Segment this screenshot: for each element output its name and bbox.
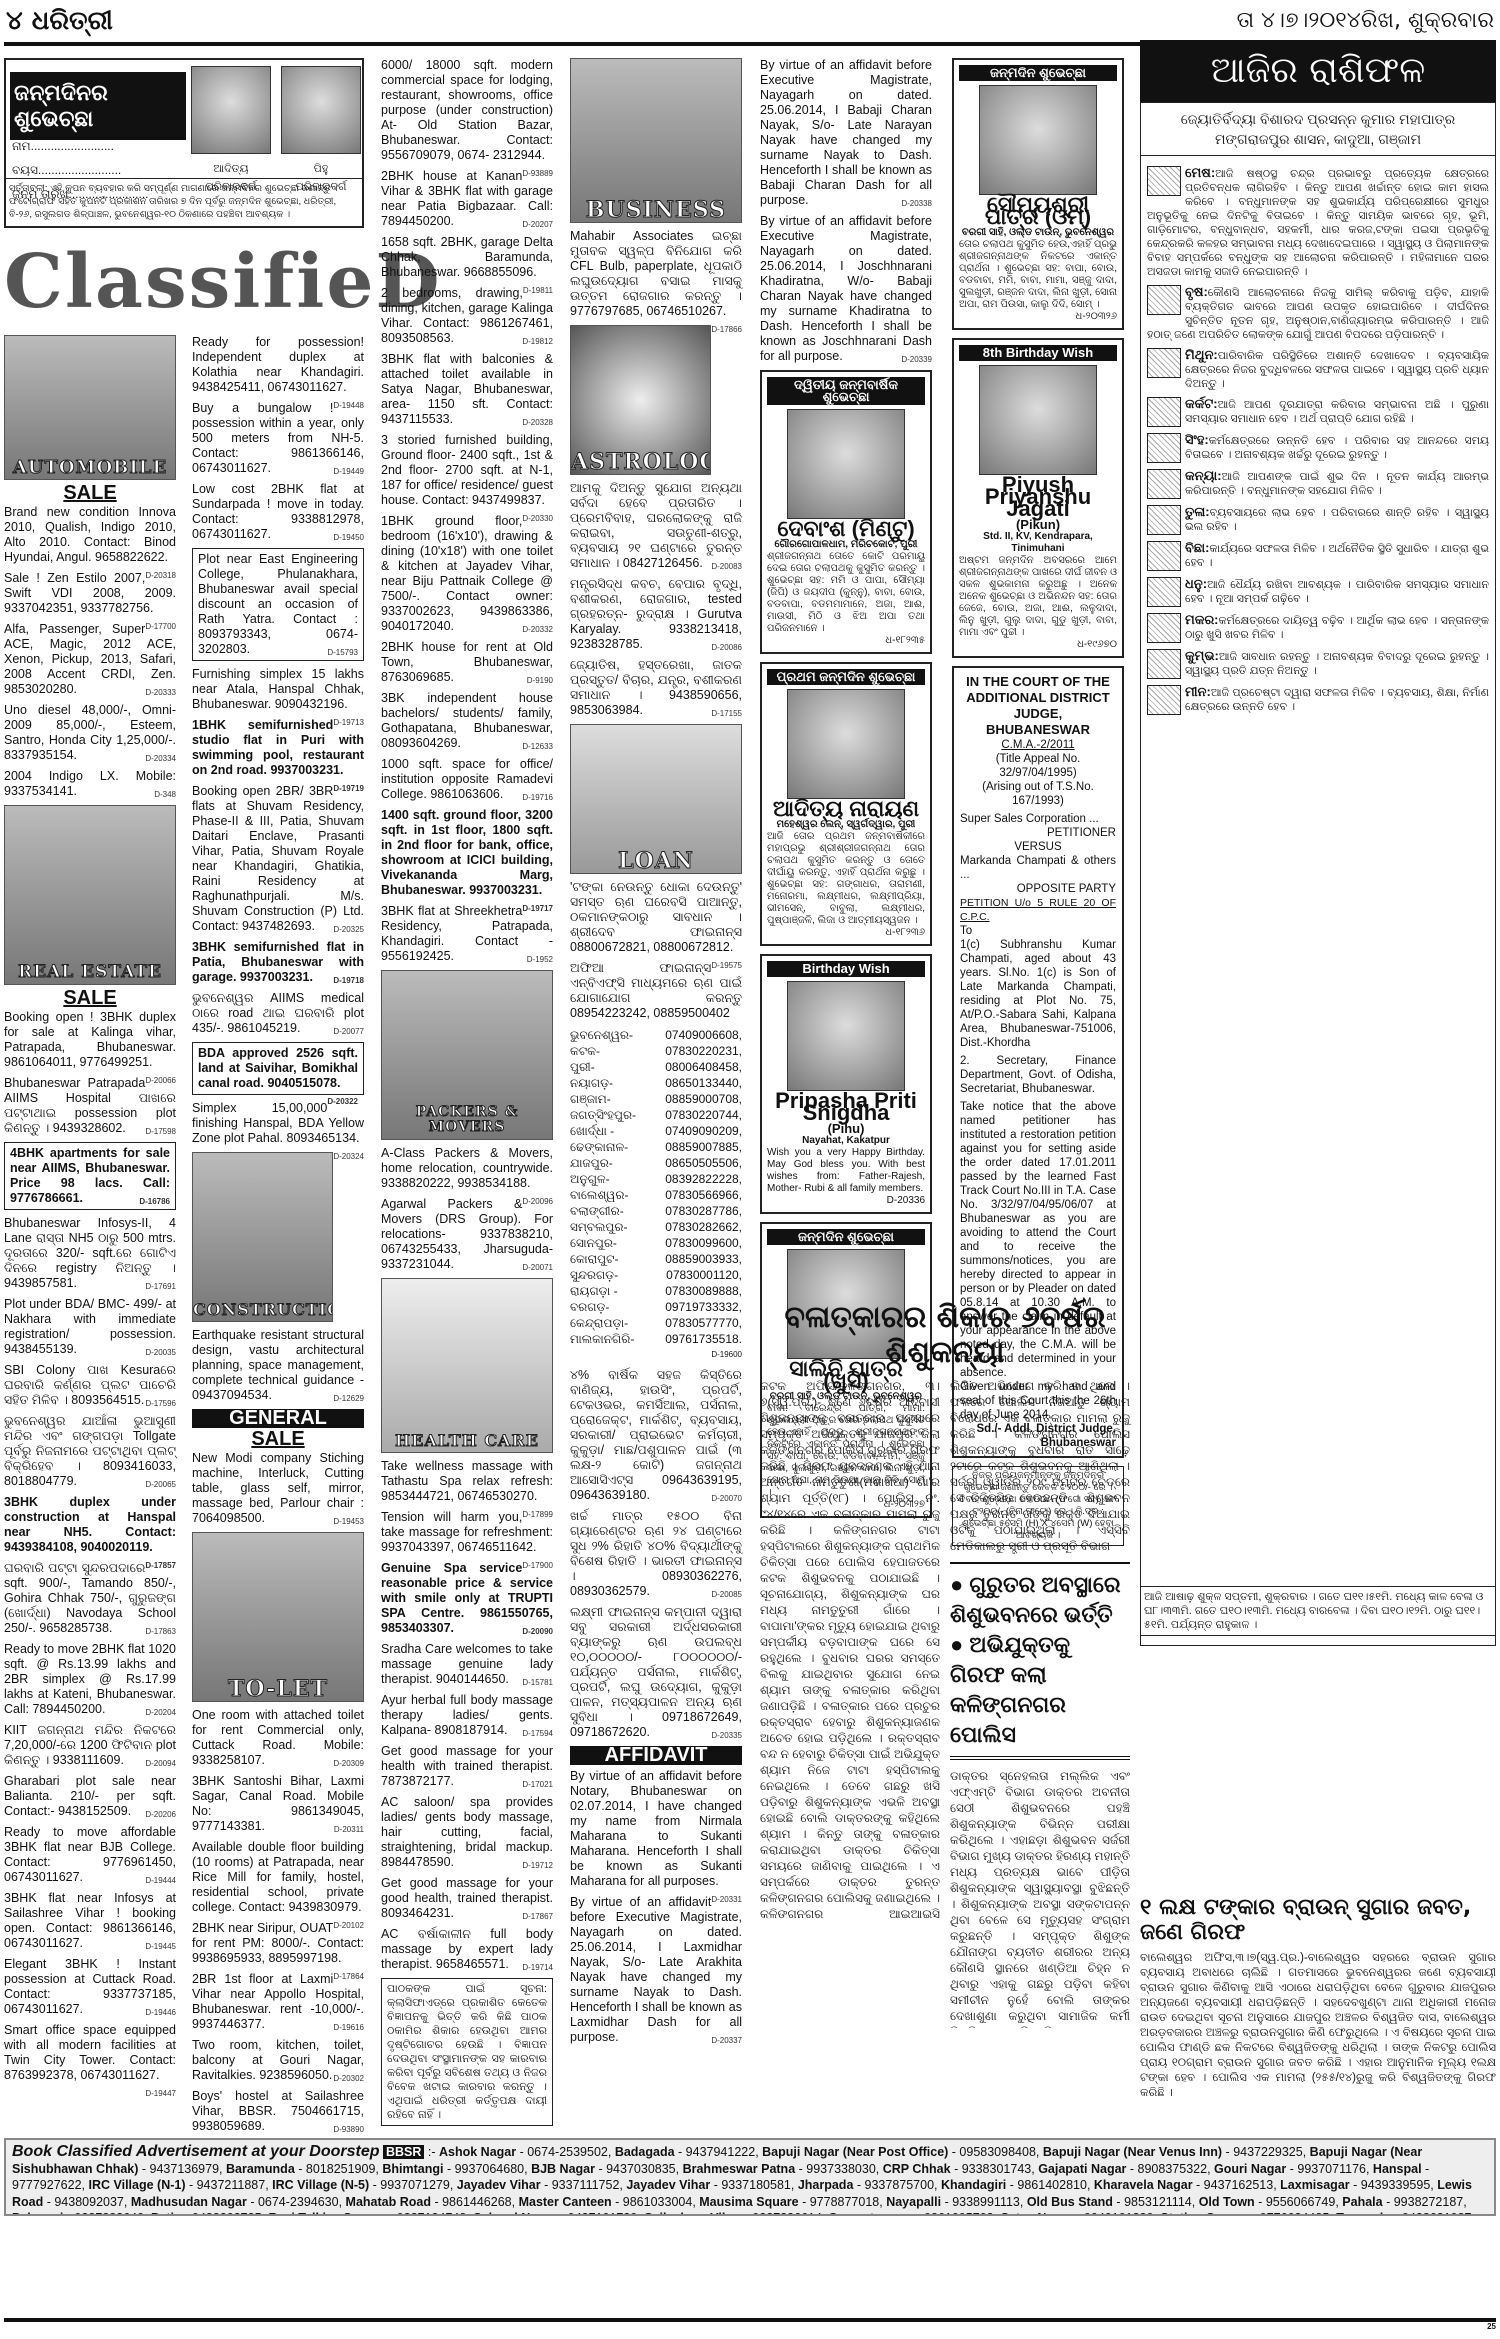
classified-ad: 3BHK duplex under construction at Hanspa…	[4, 1495, 176, 1555]
centre-phone: 0674-2539502	[527, 2145, 608, 2159]
ad-code: D-20070	[711, 1491, 742, 1506]
ad-code: D-20325	[333, 922, 364, 937]
district-name: ପୁରୀ-	[570, 1059, 595, 1075]
ad-code: D-20322	[327, 1094, 358, 1109]
ad-code: D-19712	[522, 1858, 553, 1873]
district-phone: 08859003933,	[665, 1251, 742, 1267]
zodiac-icon	[1147, 285, 1181, 315]
centre-name: Laxmisagar	[1280, 2178, 1349, 2192]
centre-phone: 9337124748	[397, 2211, 467, 2216]
centre-name: Badagada	[615, 2145, 675, 2159]
ad-code: D-17900	[522, 1558, 553, 1573]
packers-movers-label: PACKERS & MOVERS	[382, 1105, 552, 1135]
ad-text: 1658 sqft. 2BHK, garage Delta Chhak, Bar…	[381, 235, 553, 279]
page-number: 25	[1487, 2322, 1496, 2331]
loan-district-row: କେନ୍ଦ୍ରାପଡ଼ା-07830577770,	[570, 1315, 742, 1331]
ad-text: 1400 sqft. ground floor, 3200 sqft. in 1…	[381, 808, 553, 897]
zodiac-icon	[1147, 649, 1181, 679]
district-phone: 08859000708,	[665, 1091, 742, 1107]
zodiac-icon	[1147, 469, 1181, 499]
ad-code: D-19575	[711, 958, 742, 973]
centre-name: Jayadev Vihar	[457, 2178, 541, 2192]
news-article-2: ୧ ଲକ୍ଷ ଟଙ୍କାର ବ୍ରାଉନ୍ ସୁଗାର ଜବତ, ଜଣେ ଗିର…	[1140, 1895, 1496, 2101]
centre-phone: 9040101220	[1084, 2211, 1154, 2216]
news-bullet: ● ଗୁରୁତର ଅବସ୍ଥାରେ ଶିଶୁଭବନରେ ଭର୍ତ୍ତି	[950, 1570, 1130, 1630]
loan-label: LOAN	[571, 854, 741, 869]
classified-ad: 2BHK house for rent at Old Town, Bhubane…	[381, 640, 553, 685]
astrologer-info: ଜ୍ୟୋତିର୍ବିଦ୍ୟା ବିଶାରଦ ପ୍ରସନ୍ନ କୁମାର ମହାପ…	[1140, 102, 1496, 156]
classified-ad: 3BK independent house bachelors/ student…	[381, 691, 553, 751]
court-title: BHUBANESWAR	[960, 722, 1116, 738]
ad-code: D-20309	[333, 1756, 364, 1771]
news-bullets: ● ଗୁରୁତର ଅବସ୍ଥାରେ ଶିଶୁଭବନରେ ଭର୍ତ୍ତି ● ଅଭ…	[950, 1562, 1130, 1760]
loan-district-row: ଯାଜପୁର-08650505506,	[570, 1155, 742, 1171]
ad-text: Furnishing simplex 15 lakhs near Atala, …	[192, 667, 364, 711]
real-estate-banner: REAL ESTATE	[4, 805, 176, 985]
classified-ad: 1658 sqft. 2BHK, garage Delta Chhak, Bar…	[381, 235, 553, 280]
loan-district-row: ନୟାଗଡ଼-08650133440,	[570, 1075, 742, 1091]
loan-banner: LOAN	[570, 724, 742, 874]
opposite-party-label: OPPOSITE PARTY	[960, 882, 1116, 896]
wish-name: ସୌମ୍ୟଶ୍ରୀ ପାତ୍ର (ଓମ୍)	[959, 199, 1117, 223]
centre-name: Nayapalli	[886, 2195, 941, 2209]
birthday-wish-card: Birthday WishPripasha Priti Snigdha(Pihu…	[760, 954, 932, 1214]
centre-name: Mahatab Road	[346, 2195, 431, 2209]
ad-text: By virtue of an affidavit before Notary,…	[570, 1769, 742, 1888]
rashifal-title: ଆଜିର ରାଶିଫଳ	[1140, 40, 1496, 102]
news-headline: ବଳାତ୍କାରର ଶିକାର ୬ବର୍ଷର ଶିଶୁକନ୍ୟା	[760, 1300, 1130, 1370]
wish-code: ଧ-୧୮୨୩୫	[767, 635, 925, 647]
ad-text: Booking open ! 3BHK duplex for sale at K…	[4, 1010, 176, 1069]
loan-district-row: ଖୋର୍ଦ୍ଧା -07409090209,	[570, 1123, 742, 1139]
ad-code: D-1952	[527, 952, 553, 967]
centre-name: IRC Village (N-5)	[272, 2178, 369, 2192]
column-2: Ready for possession! Independent duplex…	[192, 335, 364, 2140]
loan-district-code: D-19600	[570, 1347, 742, 1362]
packers-movers-banner: PACKERS & MOVERS	[381, 970, 553, 1140]
loan-district-row: ରାୟଗଡ଼ା -07830089888,	[570, 1283, 742, 1299]
centre-phone: 9776624485	[1260, 2211, 1330, 2216]
rashi-name: ସିଂହ:	[1185, 432, 1209, 447]
classified-ad: Furnishing simplex 15 lakhs near Atala, …	[192, 667, 364, 712]
ad-code: D-20204	[145, 1705, 176, 1720]
centre-name: Baramunda	[226, 2162, 295, 2176]
ad-code: D-20094	[145, 1756, 176, 1771]
district-phone: 07830566966,	[665, 1187, 742, 1203]
ad-code: D-20083	[711, 559, 742, 574]
loan-district-row: ପୁରୀ-08006408458,	[570, 1059, 742, 1075]
construction-banner: CONSTRUCTION	[192, 1152, 333, 1322]
centre-phone: 9556066749	[1266, 2195, 1336, 2209]
rashi-item: କର୍କଟ:ଆଜି ଆପଣ ଦୂରଯାତ୍ରା କରିବାର ସମ୍ଭାବନା …	[1147, 397, 1489, 427]
classified-ad: Take wellness massage with Tathastu Spa …	[381, 1459, 553, 1504]
classified-ad: ଜ୍ୟୋତିଷ, ହସ୍ତରେଖା, ଜାତକ ପ୍ରସ୍ତୁତ/ ବିଚାର,…	[570, 658, 742, 718]
centre-phone: 9337180581	[721, 2178, 791, 2192]
wish-message: ଆଜି ତୋର ପ୍ରଥମ ଜନ୍ମବାର୍ଷିକୀରେ ମହାପ୍ରଭୁ ଶ୍…	[767, 831, 925, 927]
classified-ad: Mahabir Associates ଇଚ୍ଛା ମୁତାବକ ସ୍ୱଳ୍ପ ବ…	[570, 229, 742, 319]
centre-phone: 9438621987	[1402, 2211, 1472, 2216]
classified-ad: 4BHK apartments for sale near AIIMS, Bhu…	[4, 1142, 176, 1210]
ad-code: D-17596	[145, 1396, 176, 1411]
centre-name: Old Town	[1199, 2195, 1255, 2209]
zodiac-icon	[1147, 505, 1181, 535]
rashi-name: ମିଥୁନ:	[1185, 347, 1218, 362]
classified-ad: 3BHK flat with balconies & attached toil…	[381, 352, 553, 427]
classified-ad: Uno diesel 48,000/-, Omni- 2009 85,000/-…	[4, 703, 176, 763]
classified-ad: Get good massage for your health with tr…	[381, 1744, 553, 1789]
general-heading: GENERAL	[192, 1409, 364, 1428]
ad-code: D-20339	[901, 352, 932, 367]
rashi-name: ବିଛା:	[1185, 540, 1209, 555]
ad-code: D-20102	[333, 1918, 364, 1933]
classified-ad: New Modi company Stiching machine, Inter…	[192, 1451, 364, 1526]
business-banner: BUSINESS	[570, 58, 742, 223]
zodiac-icon	[1147, 541, 1181, 571]
loan-district-row: ଢେଙ୍କାନାଳ-08859007885,	[570, 1139, 742, 1155]
rashi-item: କୁମ୍ଭ:ଆଜି ସାବଧାନ ରହନ୍ତୁ । ଅନାବଶ୍ୟକ ବିବାଦ…	[1147, 649, 1489, 679]
district-phone: 08650505506,	[665, 1155, 742, 1171]
wish-message: ଶ୍ରୀଜଗନ୍ନାଥ ତୋତେ କୋଟି ପରମାୟୁ ଦେଇ ତୋର ଚଲା…	[767, 551, 925, 635]
centre-name: Station Square	[1160, 2211, 1248, 2216]
rashi-name: କୁମ୍ଭ:	[1185, 648, 1219, 663]
centre-name: Hanspal	[1373, 2162, 1422, 2176]
centre-phone: 9777927622	[12, 2178, 82, 2192]
rashi-item: ମିଥୁନ:ପାରିବାରିକ ପରିସ୍ଥିତିରେ ଅଶାନ୍ତି ଦେଖା…	[1147, 348, 1489, 391]
ad-code: D-20206	[145, 1807, 176, 1822]
loan-district-row: ସମ୍ବଲପୁର-07830282662,	[570, 1219, 742, 1235]
centre-phone: 9778877018	[810, 2195, 880, 2209]
classified-ad: ଖର୍ଚ୍ଚ ମାତ୍ର ୧୫୦୦ ବିନା ଗ୍ୟାରେଣ୍ଟର ଋଣ ୨୪ …	[570, 1509, 742, 1599]
news-body: ବାଲେଶ୍ୱର ଅଫିସ,୩।୭(ସ୍ୱ.ପ୍ର.)-ବାଲେଶ୍ୱର ସହର…	[1140, 1951, 1496, 2101]
rashi-item: ମକର:କର୍ମକ୍ଷେତ୍ରରେ ଦାୟିତ୍ୱ ବଢ଼ିବ । ଆର୍ଥିକ…	[1147, 613, 1489, 643]
centre-phone: 9437941222	[686, 2145, 756, 2159]
ad-text: ୪% ବାର୍ଷିକ ସହଜ କିସ୍ତିରେ ବାଣିଜ୍ୟ, ହାଉସିଂ,…	[570, 1368, 742, 1502]
ad-code: D-20302	[333, 2071, 364, 2086]
classified-ad: ଲକ୍ଷ୍ମୀ ଫାଇନାନ୍ସ କମ୍ପାନୀ ଦ୍ୱାରା ସବୁ ସରକା…	[570, 1605, 742, 1740]
ad-code: D-20337	[711, 2033, 742, 2048]
ad-code: D-20311	[334, 1822, 364, 1837]
ad-code: D-15793	[327, 645, 358, 660]
classified-ad: Smart office space equipped with all mod…	[4, 2023, 176, 2083]
astrology-label: ASTROLOGY	[571, 455, 710, 470]
ad-code: D-17863	[145, 1624, 176, 1639]
ad-code: D-17594	[522, 1726, 553, 1741]
classified-ad: 1BHK ground floor, bedroom (16'x10'), dr…	[381, 514, 553, 634]
reader-notice: ପାଠକଙ୍କ ପାଇଁ ସୂଚନା: କ୍ଲାସିଫାଏଡ୍‌ରେ ପ୍ରକା…	[381, 1978, 553, 2126]
rashifal-section: ଆଜିର ରାଶିଫଳ ଜ୍ୟୋତିର୍ବିଦ୍ୟା ବିଶାରଦ ପ୍ରସନ୍…	[1140, 40, 1496, 1636]
wish-name: Pripasha Priti Snigdha	[767, 1095, 925, 1119]
centre-name: CRP Chhak	[883, 2162, 951, 2176]
ad-code: D-20328	[522, 415, 553, 430]
centre-phone: 9437030835	[606, 2162, 676, 2176]
ad-text: Brand new condition Innova 2010, Qualish…	[4, 505, 176, 564]
classified-ad: 6000/ 18000 sqft. modern commercial spac…	[381, 58, 553, 163]
wish-name: Piyush Priyanshu Jagati	[959, 479, 1117, 515]
wish-address: ଗୌରଗୋପାଳଧାମ, ମରିଚକୋଟ, ପୁରୀ	[767, 539, 925, 551]
wish-address: Nayahat, Kakatpur	[767, 1135, 925, 1147]
classified-ad: By virtue of an affidavit before Notary,…	[570, 1769, 742, 1889]
centre-phone: 9937064680	[455, 2162, 525, 2176]
rashi-text: ଆଜି ଆପଣଙ୍କ ପାଇଁ ଶୁଭ ଦିନ । ନୂତନ କାର୍ଯ୍ୟ ଆ…	[1185, 471, 1489, 497]
ad-text: 2004 Indigo LX. Mobile: 9337534141.	[4, 769, 176, 798]
court-title: ADDITIONAL DISTRICT JUDGE,	[960, 690, 1116, 722]
district-name: ରାୟଗଡ଼ା -	[570, 1283, 618, 1299]
district-name: ସୁନ୍ଦରଗଡ଼-	[570, 1267, 618, 1283]
ad-code: D-17899	[522, 1507, 553, 1522]
centre-phone: 9853121114	[1124, 2195, 1192, 2209]
centre-name: Patia	[151, 2211, 181, 2216]
rashi-item: ବିଛା:କାର୍ଯ୍ୟରେ ସଫଳତା ମିଳିବ । ଅର୍ଥନୈତିକ ସ…	[1147, 541, 1489, 571]
ad-text: A-Class Packers & Movers, home relocatio…	[381, 1146, 553, 1190]
case-number: C.M.A.-2/2011	[960, 738, 1116, 752]
classified-ad: ଆମକୁ ଦିଅନ୍ତୁ ସୁଯୋଗ ଅନ୍ୟଥା ସର୍ବଦା ହେବେ ପ୍…	[570, 481, 742, 571]
district-phone: 08392822228,	[665, 1171, 742, 1187]
ad-code: D-93889	[522, 166, 553, 181]
ad-code: D-20318	[145, 568, 176, 583]
rashi-text: ଆଜି ପ୍ରଚେଷ୍ଟା ଦ୍ୱାରା ସଫଳତା ମିଳିବ । ବ୍ୟବସ…	[1185, 687, 1489, 713]
classified-ad: 3 storied furnished building, Ground flo…	[381, 433, 553, 508]
classified-ad: 1400 sqft. ground floor, 3200 sqft. in 1…	[381, 808, 553, 898]
centre-phone: 9439339595	[1361, 2178, 1431, 2192]
footer-title: Book Classified Advertisement at your Do…	[12, 2143, 380, 2160]
district-name: ଅନୁଗୁଳ-	[570, 1171, 610, 1187]
centre-phone: 9938272187	[1394, 2195, 1464, 2209]
ad-code: D-19717	[522, 901, 553, 916]
centre-phone: 9337336614	[752, 2211, 822, 2216]
classified-ad: Get good massage for your good health, t…	[381, 1876, 553, 1921]
rashi-text: ଆଜି ଷଷ୍ଠସ୍ଥ ଚନ୍ଦ୍ର ପ୍ରଭାବରୁ ପ୍ରତ୍ୟେକ କ୍ଷ…	[1147, 168, 1489, 278]
wish-badge: ଜନ୍ମଦିନ ଶୁଭେଚ୍ଛା	[959, 65, 1117, 81]
district-name: ଜଗତ୍‌ସିଂହପୁର-	[570, 1107, 636, 1123]
zodiac-icon	[1147, 685, 1181, 715]
district-phone: 07830287786,	[665, 1203, 742, 1219]
general-sale-heading: SALE	[192, 1432, 364, 1447]
loan-district-row: କୋରାପୁଟ-08859003933,	[570, 1251, 742, 1267]
versus: VERSUS	[960, 840, 1116, 854]
centre-phone: 9338301743	[962, 2162, 1032, 2176]
loan-district-row: ବାଲେଶ୍ୱର-07830566966,	[570, 1187, 742, 1203]
news-body: କଟକ ଅଫିସ/କଳିଙ୍ଗନଗର, ୩।୬(ସ୍ୱ.ପ୍ର.)- ଜଣେ ୬…	[760, 1378, 940, 1918]
birthday-coupon: ଜନ୍ମଦିନର ଶୁଭେଚ୍ଛା ନାମ...................…	[4, 58, 364, 228]
classified-ad: BDA approved 2526 sqft. land at Saivihar…	[192, 1042, 364, 1095]
district-phone: 07830220231,	[665, 1043, 742, 1059]
classified-ad: One room with attached toilet for rent C…	[192, 1708, 364, 1768]
ad-code: D-19713	[333, 715, 364, 730]
rashi-text: କାର୍ଯ୍ୟରେ ସଫଳତା ମିଳିବ । ଅର୍ଥନୈତିକ ସ୍ଥିତି…	[1185, 543, 1489, 569]
ad-code: D-20065	[145, 1477, 176, 1492]
rashi-name: କର୍କଟ:	[1185, 396, 1218, 411]
petitioner: Super Sales Corporation ...	[960, 812, 1116, 826]
ad-code: D-19812	[522, 334, 553, 349]
centre-name: Palasuni	[12, 2211, 63, 2216]
column-3: 6000/ 18000 sqft. modern commercial spac…	[381, 58, 553, 2132]
booking-centres: Book Classified Advertisement at your Do…	[4, 2138, 1496, 2216]
automobile-banner: AUTOMOBILE	[4, 335, 176, 480]
district-phone: 09719733332,	[665, 1299, 742, 1315]
centre-phone: 9438092037	[54, 2195, 124, 2209]
centre-phone: 9337875700	[865, 2178, 935, 2192]
loan-district-row: ଭୁବନେଶ୍ୱର-07409006608,	[570, 1027, 742, 1043]
kid-name-2: ପିହୁ	[281, 160, 361, 178]
astrologer-name: ଜ୍ୟୋତିର୍ବିଦ୍ୟା ବିଶାରଦ ପ୍ରସନ୍ନ କୁମାର ମହାପ…	[1147, 109, 1489, 129]
classified-ad: By virtue of an affidavit before Executi…	[760, 58, 932, 208]
centre-phone: 09583098408	[959, 2145, 1035, 2159]
centre-name: Gouri Nagar	[1214, 2162, 1286, 2176]
classified-ad: 3BHK flat near Infosys at Sailashree Vih…	[4, 1891, 176, 1951]
ad-code: D-20332	[522, 622, 553, 637]
zodiac-icon	[1147, 348, 1181, 378]
rashi-name: ତୁଳା:	[1185, 504, 1210, 519]
centre-name: Saheed Nagar	[473, 2211, 556, 2216]
ad-code: D-348	[154, 787, 176, 802]
district-name: କେନ୍ଦ୍ରାପଡ଼ା-	[570, 1315, 628, 1331]
ad-text: Booking open 2BR/ 3BR flats at Shuvam Re…	[192, 784, 364, 933]
district-phone: 07830282662,	[665, 1219, 742, 1235]
ad-text: Take wellness massage with Tathastu Spa …	[381, 1459, 553, 1503]
ad-code: D-20338	[901, 196, 932, 211]
real-estate-label: REAL ESTATE	[5, 965, 175, 980]
district-name: ଯାଜପୁର-	[570, 1155, 613, 1171]
centre-name: Brahmeswar Patna	[683, 2162, 796, 2176]
district-phone: 07409090209,	[665, 1123, 742, 1139]
rashi-text: ଆଜି ଆପଣ ଦୂରଯାତ୍ରା କରିବାର ସମ୍ଭାବନା ଅଛି । …	[1185, 399, 1489, 425]
rashi-text: ପାରିବାରିକ ପରିସ୍ଥିତିରେ ଅଶାନ୍ତି ଦେଖାଦେବ । …	[1185, 350, 1489, 390]
ad-text: 3BHK duplex under construction at Hanspa…	[4, 1495, 176, 1554]
panjika-box: ଆଜି ଆଷାଢ଼ ଶୁକ୍ଳ ସପ୍ତମୀ, ଶୁକ୍ରବାର । ଗତେ ଘ…	[1140, 1586, 1496, 1636]
ad-code: D-20207	[522, 217, 553, 232]
automobile-label: AUTOMOBILE	[5, 460, 175, 475]
ad-text: ଖର୍ଚ୍ଚ ମାତ୍ର ୧୫୦୦ ବିନା ଗ୍ୟାରେଣ୍ଟର ଋଣ ୨୪ …	[570, 1509, 742, 1598]
ad-code: D-17021	[522, 1777, 553, 1792]
centre-phone: 9438303735	[192, 2211, 262, 2216]
ad-code: D-20330	[522, 511, 553, 526]
classified-ad: Available double floor building (10 room…	[192, 1840, 364, 1915]
ad-text: Plot near East Engineering College, Phul…	[198, 552, 358, 656]
wish-code: ଧ-୨୦୩୨୬	[959, 311, 1117, 323]
centre-phone: 9437211887	[197, 2178, 266, 2192]
classified-ad: SBI Colony ପାଖ Kesuraରେ ଘରବାରି କର୍ଣ୍ଣର ପ…	[4, 1363, 176, 1408]
ad-code: D-19447	[145, 2086, 176, 2101]
ad-code: D-20086	[711, 640, 742, 655]
column-1: AUTOMOBILE SALE Brand new condition Inno…	[4, 335, 176, 2101]
ad-code: D-20066	[145, 1073, 176, 1088]
district-phone: 08650133440,	[665, 1075, 742, 1091]
ad-text: By virtue of an affidavit before Executi…	[760, 214, 932, 363]
rashi-name: ମୀନ:	[1185, 684, 1211, 699]
classified-ad: ଭୁବନେଶ୍ୱର ଯାଆଁଳା ଭୁଆସୁଣୀ ମନ୍ଦିର ଏବଂ ଗଙ୍ଗ…	[4, 1414, 176, 1489]
zodiac-icon	[1147, 166, 1181, 196]
classified-ad: Sradha Care welcomes to take massage gen…	[381, 1642, 553, 1687]
wish-message: ତୋର ଚଲାପଥ କୁସୁମିତ ହେଉ,ଏହାହିଁ ପ୍ରଭୁ ଶ୍ରୀଜ…	[959, 239, 1117, 311]
ad-code: D-17155	[711, 706, 742, 721]
loan-district-row: ବରଗଡ଼-09719733332,	[570, 1299, 742, 1315]
centre-phone: 9861402810	[1017, 2178, 1087, 2192]
district-name: ସମ୍ବଲପୁର-	[570, 1219, 628, 1235]
wish-name: ଦେବାଂଶ (ମିଣ୍ଟୁ)	[767, 523, 925, 535]
page-date: ତା ୪।୭।୨୦୧୪ରିଖ, ଶୁକ୍ରବାର	[1237, 8, 1494, 33]
centre-name: Old Bus Stand	[1027, 2195, 1113, 2209]
wish-address: ବରଗୀ ସାହି, ଓଲ୍ଡ ଟାଉନ୍, ଭୁବନେଶ୍ୱର	[959, 227, 1117, 239]
centre-phone: 9338991113	[952, 2195, 1020, 2209]
centre-phone: 9937071176	[1297, 2162, 1366, 2176]
rashi-name: କନ୍ୟା:	[1185, 468, 1222, 483]
ad-code: D-19449	[333, 464, 364, 479]
ad-code: D-19446	[145, 2005, 176, 2020]
ad-code: D-16786	[139, 1194, 170, 1209]
ad-code: D-17598	[145, 1124, 176, 1139]
ad-text: 3 storied furnished building, Ground flo…	[381, 433, 553, 507]
respondent-1: 1(c) Subhranshu Kumar Champati, aged abo…	[960, 938, 1116, 1050]
centre-phone: 0674-2394630	[258, 2195, 339, 2209]
business-label: BUSINESS	[571, 203, 741, 218]
wish-code: ଧ-୧୯୬୭୦	[959, 639, 1117, 651]
real-estate-sale-heading: SALE	[4, 991, 176, 1006]
wish-nickname: (Pihu)	[767, 1123, 925, 1135]
classified-ad: Plot under BDA/ BMC- 499/- at Nakhara wi…	[4, 1297, 176, 1357]
kid-name-1: ଆଦିତ୍ୟ	[191, 160, 271, 178]
classified-ad: 2004 Indigo LX. Mobile: 9337534141. D-34…	[4, 769, 176, 799]
news-body: ଡାକ୍ତର ସ୍ନେହଲତା ମଲ୍ଲିକ ଏବଂ ଏଫ୍‌ଏମ୍‌ଟି ବି…	[950, 1768, 1130, 2028]
ad-text: 6000/ 18000 sqft. modern commercial spac…	[381, 58, 553, 162]
news-body: ଲିଖିତ ଅଭିଯୋଗ କରି ନ ଥିଲେ । ଫଳରେ ପୋଲିସ ନିଜ…	[950, 1378, 1130, 1554]
birthday-wish-card: ପ୍ରଥମ ଜନ୍ମଦିନ ଶୁଭେଚ୍ଛାଆଦିତ୍ୟ ନାରାୟଣମହେଶ୍…	[760, 662, 932, 946]
district-phone: 07830099600,	[665, 1235, 742, 1251]
loan-district-row: ମାଲକାନଗିରି-09761735518.	[570, 1331, 742, 1347]
rashi-name: ଧନୁ:	[1185, 576, 1207, 591]
ad-code: D-19718	[333, 973, 364, 988]
wish-message: Wish you a very Happy Birthday. May God …	[767, 1147, 925, 1195]
rashi-item: ଧନୁ:ଆଜି ଧୈର୍ଯ୍ୟ ରଖିବା ଆବଶ୍ୟକ । ପାରିବାରିକ…	[1147, 577, 1489, 607]
centre-name: Ravi Talkies Square	[269, 2211, 386, 2216]
wish-code: ଧ-୧୮୨୩୬	[767, 927, 925, 939]
wish-photo	[787, 409, 905, 519]
rashi-name: ମେଷ:	[1185, 165, 1215, 180]
ad-code: D-20085	[711, 1587, 742, 1602]
bbsr-tag: BBSR	[383, 2145, 424, 2159]
classified-ad: Earthquake resistant structural design, …	[192, 1328, 364, 1403]
wish-photo	[979, 85, 1097, 195]
rashi-item: ବୃଷ:କୌଣସି ଆଲୋଚନାରେ ନିଜକୁ ସାମିଲ୍ କରିବାକୁ …	[1147, 285, 1489, 342]
rashi-text: କର୍ମକ୍ଷେତ୍ରରେ ଦାୟିତ୍ୱ ବଢ଼ିବ । ଆର୍ଥିକ ଲାଭ…	[1185, 615, 1489, 641]
ad-text: ଲକ୍ଷ୍ମୀ ଫାଇନାନ୍ସ କମ୍ପାନୀ ଦ୍ୱାରା ସବୁ ସରକା…	[570, 1605, 742, 1739]
ad-text: ଆମକୁ ଦିଅନ୍ତୁ ସୁଯୋଗ ଅନ୍ୟଥା ସର୍ବଦା ହେବେ ପ୍…	[570, 481, 742, 570]
centre-name: Master Canteen	[519, 2195, 612, 2209]
ad-code: D-20090	[522, 1624, 553, 1639]
centre-name: Jayadev Vihar	[626, 2178, 710, 2192]
centre-name: Bapuji Nagar (Near Post Office)	[762, 2145, 948, 2159]
classified-ad: Ready to move 2BHK flat 1020 sqft. @ Rs.…	[4, 1642, 176, 1717]
zodiac-icon	[1147, 577, 1181, 607]
rashi-item: କନ୍ୟା:ଆଜି ଆପଣଙ୍କ ପାଇଁ ଶୁଭ ଦିନ । ନୂତନ କାର…	[1147, 469, 1489, 499]
centre-phone: 9861446268	[442, 2195, 512, 2209]
loan-district-row: ବଲାଙ୍ଗୀର-07830287786,	[570, 1203, 742, 1219]
health-care-label: HEALTH CARE	[382, 1433, 552, 1448]
wish-photo	[787, 689, 905, 799]
construction-label: CONSTRUCTION	[193, 1302, 332, 1317]
centre-phone: 9937071279	[380, 2178, 450, 2192]
rashi-text: ଆଜି ଧୈର୍ଯ୍ୟ ରଖିବା ଆବଶ୍ୟକ । ପାରିବାରିକ ସମସ…	[1185, 579, 1489, 605]
wish-badge: ଜନ୍ମଦିନ ଶୁଭେଚ୍ଛା	[767, 1229, 925, 1245]
coupon-name-field[interactable]: ନାମ.........................	[12, 134, 149, 158]
district-name: କଟକ-	[570, 1043, 600, 1059]
centre-name: Ashok Nagar	[439, 2145, 516, 2159]
ad-code: D-20071	[522, 1260, 553, 1275]
loan-district-row: ଜଗତ୍‌ସିଂହପୁର-07830220744,	[570, 1107, 742, 1123]
ad-code: D-20334	[145, 751, 176, 766]
centre-phone: 9437229325	[1233, 2145, 1303, 2159]
ad-code: D-19811	[523, 283, 553, 298]
birthday-wish-card: 8th Birthday WishPiyush Priyanshu Jagati…	[952, 338, 1124, 658]
